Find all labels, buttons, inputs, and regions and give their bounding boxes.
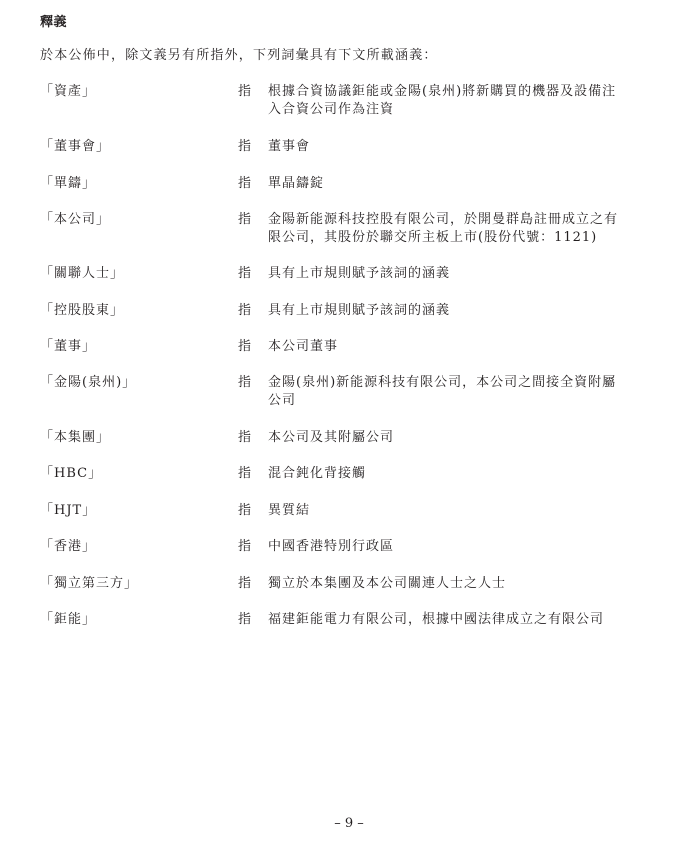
definition-text: 異質結 [268,502,628,520]
definition-text: 董事會 [268,138,628,156]
means-label: 指 [238,211,251,229]
definition-text: 獨立於本集團及本公司關連人士之人士 [268,575,628,593]
definition-text: 具有上市規則賦予該詞的涵義 [268,265,628,283]
definition-term: 「鉅能」 [40,611,96,629]
definition-term: 「單鑄」 [40,175,96,193]
definition-text: 中國香港特別行政區 [268,538,628,556]
intro-paragraph: 於本公佈中，除文義另有所指外，下列詞彙具有下文所載涵義： [40,44,438,63]
definition-term: 「關聯人士」 [40,265,124,283]
definition-term: 「香港」 [40,538,96,556]
means-label: 指 [238,611,251,629]
definition-term: 「董事會」 [40,138,110,156]
page-number: – 9 – [0,816,698,831]
means-label: 指 [238,175,251,193]
definition-term: 「金陽(泉州)」 [40,374,136,392]
means-label: 指 [238,338,251,356]
definition-text: 根據合資協議鉅能或金陽(泉州)將新購買的機器及設備注入合資公司作為注資 [268,83,628,119]
definition-term: 「本集團」 [40,429,110,447]
means-label: 指 [238,502,251,520]
definition-text: 單晶鑄錠 [268,175,628,193]
means-label: 指 [238,83,251,101]
means-label: 指 [238,465,251,483]
definition-text: 混合鈍化背接觸 [268,465,628,483]
definition-term: 「本公司」 [40,211,110,229]
definition-text: 本公司及其附屬公司 [268,429,628,447]
means-label: 指 [238,302,251,320]
definition-term: 「獨立第三方」 [40,575,138,593]
means-label: 指 [238,429,251,447]
means-label: 指 [238,575,251,593]
definition-text: 具有上市規則賦予該詞的涵義 [268,302,628,320]
definition-term: 「HBC」 [40,465,102,483]
section-heading: 釋義 [40,11,67,30]
definition-term: 「資產」 [40,83,96,101]
definition-text: 金陽新能源科技控股有限公司，於開曼群島註冊成立之有限公司，其股份於聯交所主板上市… [268,211,628,247]
definition-term: 「董事」 [40,338,96,356]
means-label: 指 [238,138,251,156]
definition-term: 「HJT」 [40,502,96,520]
definition-text: 本公司董事 [268,338,628,356]
means-label: 指 [238,538,251,556]
definition-text: 金陽(泉州)新能源科技有限公司，本公司之間接全資附屬公司 [268,374,628,410]
means-label: 指 [238,265,251,283]
means-label: 指 [238,374,251,392]
definition-term: 「控股股東」 [40,302,124,320]
definition-text: 福建鉅能電力有限公司，根據中國法律成立之有限公司 [268,611,628,629]
